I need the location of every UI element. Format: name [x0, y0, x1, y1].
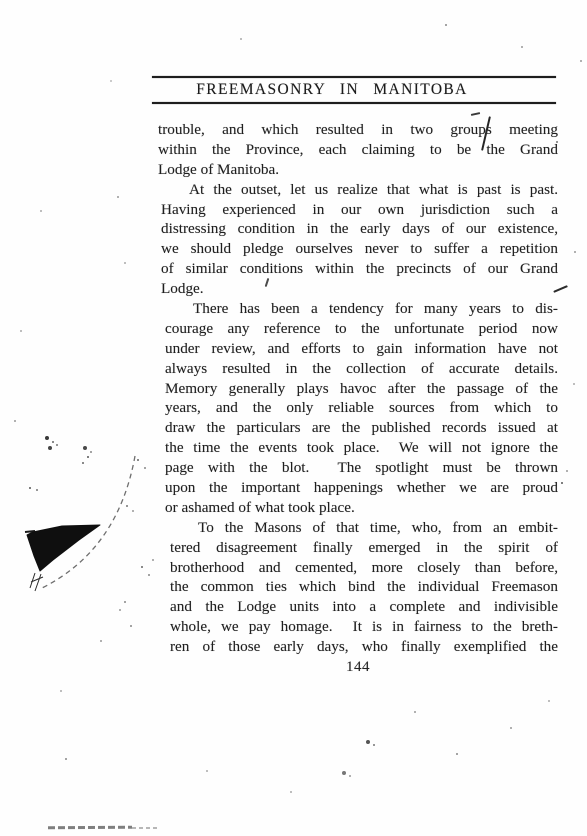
paragraph: At the outset, let us realize that what … [158, 180, 558, 299]
text-line: trouble, and which resulted in two group… [158, 120, 558, 140]
scratch-arc [28, 448, 143, 596]
bottom-smudge-line [48, 826, 132, 829]
text-line: upon the important happenings whether we… [165, 478, 558, 498]
text-line: under review, and efforts to gain inform… [165, 339, 558, 359]
text-line: years, and the only reliable sources fro… [165, 398, 558, 418]
scan-speck-noise [0, 0, 2, 2]
paragraph: trouble, and which resulted in two group… [158, 120, 558, 180]
text-line: Having experienced in our own jurisdicti… [161, 200, 558, 220]
text-line: distressing condition in the early days … [161, 219, 558, 239]
text-line: Lodge. [161, 279, 558, 299]
paragraph: To the Masons of that time, who, from an… [158, 518, 558, 657]
text-line: whole, we pay homage. It is in fairness … [170, 617, 558, 637]
text-line: and the Lodge units into a complete and … [170, 597, 558, 617]
ink-blot [23, 518, 113, 598]
text-line: page with the blot. The spotlight must b… [165, 458, 558, 478]
bottom-smudge-faint [132, 827, 160, 829]
text-line: draw the particulars are the published r… [165, 418, 558, 438]
text-line: the time the events took place. We will … [165, 438, 558, 458]
text-line: courage any reference to the unfortunate… [165, 319, 558, 339]
text-line: we should pledge ourselves never to suff… [161, 239, 558, 259]
header-rule-bottom [152, 102, 556, 104]
text-line: There has been a tendency for many years… [165, 299, 558, 319]
text-line: To the Masons of that time, who, from an… [170, 518, 558, 538]
scanned-book-page: FREEMASONRY IN MANITOBA trouble, and whi… [0, 0, 587, 836]
text-line: or ashamed of what took place. [165, 498, 558, 518]
text-line: brotherhood and cemented, more closely t… [170, 558, 558, 578]
text-line: always resulted in the collection of acc… [165, 359, 558, 379]
text-line: Memory generally plays havoc after the p… [165, 379, 558, 399]
text-line: the common ties which bind the individua… [170, 577, 558, 597]
pen-dash-mark [471, 112, 480, 116]
paragraph: There has been a tendency for many years… [158, 299, 558, 518]
running-head: FREEMASONRY IN MANITOBA [152, 76, 556, 104]
text-line: within the Province, each claiming to be… [158, 140, 558, 160]
text-line: tered disagreement finally emerged in th… [170, 538, 558, 558]
text-line: At the outset, let us realize that what … [161, 180, 558, 200]
text-line: Lodge of Manitoba. [158, 160, 558, 180]
page-title: FREEMASONRY IN MANITOBA [196, 81, 468, 99]
text-line: ren of those early days, who finally exe… [170, 637, 558, 657]
text-line: of similar conditions within the precinc… [161, 259, 558, 279]
page-number: 144 [158, 659, 558, 676]
page-body: trouble, and which resulted in two group… [158, 120, 558, 657]
